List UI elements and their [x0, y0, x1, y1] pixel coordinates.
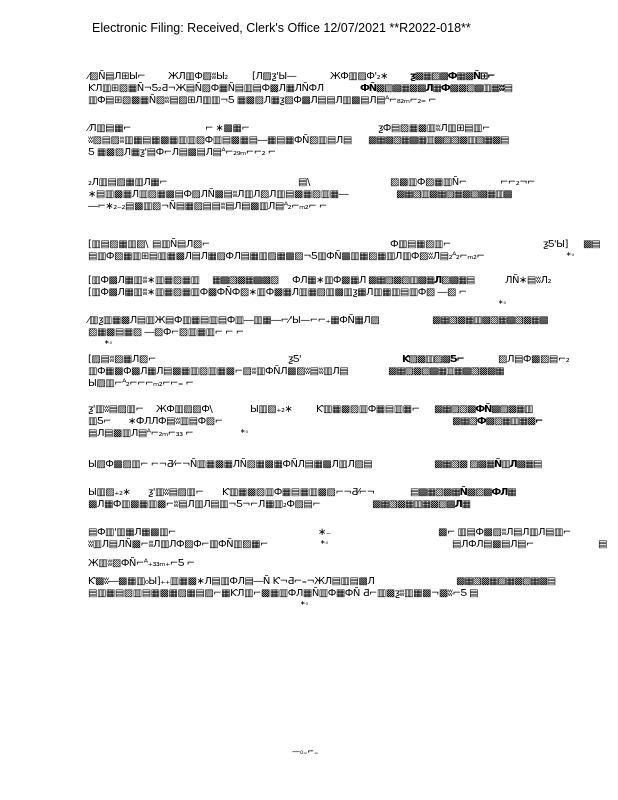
garbled-text-segment: ▩⌐ ▥▤Ф▩▨ʬЛ▤Л▥Л▤▥⌐ — [438, 527, 571, 539]
garbled-text-segment: ―⌐∗₂₋₂▤▩▥▨¬Ñ▤▦▨▤▤ʬ▤Л▤▩▥Л▤ᴬ₂⌐ₘ₂⌐ ⌐ — [88, 201, 327, 213]
garbled-text-segment: ▤▥▦▤▨▥▤▦▩▦▨▦▤▨⌐▦ƘЛ▥⌐▩▦▥ФЛ▦Ñ▥Ф▦ФÑ Ƌ⌐▥▩ƺʬ▥… — [88, 588, 478, 600]
garbled-text-segment: ▩▦▨▩▧▥▩▦Л▨▩▦▤ — [368, 275, 474, 287]
garbled-text-segment: ▩▦▨▧▩ФÑ▩▨▩▦▥ — [434, 404, 532, 416]
text-line: ▤▥▦▤▨▥▤▦▩▦▨▦▤▨⌐▦ƘЛ▥⌐▩▦▥ФЛ▦Ñ▥Ф▦ФÑ Ƌ⌐▥▩ƺʬ▥… — [88, 588, 618, 600]
text-line: Ƽ ▦▩▨Л▦ƺ'▤Ф⌐Л▤▩▤Л▤ᴬ⌐₂₉ₘ⌐⌐₂ ⌐ — [88, 147, 618, 159]
garbled-text-segment: ФЛ▦∗▥Ф▩▦Л — [292, 275, 366, 287]
text-line: [▥Ф▩Л▦▥ʬ∗▥▦▨▦▥Ф▩ФÑФ▨∗▥Ф▩▦Л▥▦▨▥▩▥ƺ▦Л▥▦▥▤▥… — [88, 287, 618, 299]
page-number-marker: —₀₌⌐₌ — [292, 747, 318, 756]
garbled-text-segment: ▤ЛФЛ▤▩▤Л▤⌐ — [452, 539, 534, 551]
garbled-text-segment: ▩▦▧Ф▩▨▦▥▦▩⌐ — [452, 416, 542, 428]
garbled-text-segment: [▥▤▨▦▥▨\ — [88, 239, 148, 251]
text-line: ⁄Л▥▤▦⌐⌐ ∗▩▦⌐ƺФ▤▨▦▩▥ʬЛ▥⊞▤▥⌐ — [88, 123, 618, 135]
garbled-text-segment: ⁄Л▥▤▦⌐ — [88, 123, 131, 135]
garbled-text-segment: ▩▦▧▩▦▨▦▩▧▦▩▤ — [456, 576, 555, 588]
garbled-text-segment: ƺФ▤▨▦▩▥ʬЛ▥⊞▤▥⌐ — [378, 123, 490, 135]
garbled-text-segment: Ƙ▥▦▩▨▥Ф▦▤▥▦⌐ — [316, 404, 419, 416]
document-body: ⁄▨Ñ▤Л⊞Ы⌐ЖЛ▥Ф▨ʬЫ₂[Л▨ƺ'Ы—ЖФ▥▨Ф'₂∗ƺ▩▦▨▩Ф▦▩Ñ… — [0, 0, 618, 800]
garbled-text-segment: ▨Л▤Ф▩▨▤⌐₂ — [498, 354, 569, 366]
text-line: Ж▥ʬ▨ФÑ⌐ᴬ₊₃₃ₘ₊⌐Ƽ ⌐ — [88, 558, 618, 570]
text-line: Ы▥▨₊₂∗ƺ'▥ʬ▤▨▥⌐Ƙ▥▦▩▨▥Ф▦▤▦▥▩▨⌐¬Ƌ⁄⌐¬▤▩▦▧▩▦Ñ… — [88, 487, 618, 499]
text-line: ƺ'▥ʬ▤▨▥⌐ЖФ▥▨▨Ф\Ы▥▨₊₂∗Ƙ▥▦▩▨▥Ф▦▤▥▦⌐▩▦▨▧▩ФÑ… — [88, 404, 618, 416]
garbled-text-segment: [Л▨ƺ'Ы— — [252, 71, 296, 83]
text-line: ƘЛ▥⊞▨▦Ñ¬Ƽ₂Ƌ¬Ж▤Ñ▨Ф▦Ñ▤▥▤Ф▩Л▦ЛÑФЛФÑ▩▧▩▦▩▩Л▦… — [88, 83, 618, 95]
garbled-text-segment: ∗₀ — [300, 597, 308, 609]
garbled-text-segment: ▥Ƽ⌐ — [88, 416, 111, 428]
garbled-text-segment: ʬ▨▤▨ʬ▥▦▤▦▩▦▥▥▨Ф▥▤▩▦▤―▦▤▦ФÑ▨▥▤Л▤ — [88, 135, 352, 147]
garbled-text-segment: ▩▤ — [583, 239, 600, 251]
garbled-text-segment: Ы▨Ф▩▨▥⌐ ⌐¬Ƌ⁄⌐¬Ñ▥▦▩▦ЛÑ▨▦▩▦ФÑЛ▤▦▩Л▥Л▨▤ — [88, 459, 372, 471]
garbled-text-segment: ▤▥Ф▨▦▥⊞▤▥▦▩Л▤Л▦▨ФЛ▤▦▥▨▦▩▨¬Ƽ▥ФÑ▩▥▦▨▦▥Л▥Ф▨… — [88, 251, 484, 263]
garbled-text-segment: ▦▩▧▩▦▩▩▨ — [212, 275, 278, 287]
garbled-text-segment: [▨▤ʬ▨▦Л▨⌐ — [88, 354, 156, 366]
text-line: ▥Ƽ⌐∗ФЛЛФ▤ʬ▥▤Ф▨⌐∗₀▩▦▧Ф▩▨▦▥▦▩⌐ — [88, 416, 618, 428]
garbled-text-segment: ▩Л▦Ф▥▩▦▥▩⌐ʬ▤Л▥Л▤▥¬Ƽ¬⌐Л▦▥₂Ф▨▤⌐ — [88, 499, 320, 511]
garbled-text-segment: ƺƼ'Ы] — [543, 239, 568, 251]
text-line: ▤Л▤▩▥Л▤ᴬ⌐₂ₘ⌐₃₃ ⌐ — [88, 428, 618, 440]
garbled-text-segment: ▩▦▨▩▧▩▦▥▦▩▧▩▩▦ — [388, 366, 503, 378]
document-page: Electronic Filing: Received, Clerk's Off… — [0, 0, 618, 800]
garbled-text-segment: ƺ'▥ʬ▤▨▥⌐ — [148, 487, 203, 499]
garbled-text-segment: ⌐⌐₂¬⌐ — [500, 177, 535, 189]
text-line: Ы▨Ф▩▨▥⌐ ⌐¬Ƌ⁄⌐¬Ñ▥▦▩▦ЛÑ▨▦▩▦ФÑЛ▤▦▩Л▥Л▨▤▩▦▧▩… — [88, 459, 618, 471]
text-line: ∗▤▥▩▦Л▥▨▦▩▤Ф▨ЛÑ▩▤ʬЛ▥Л▨Л▥▤▩▦▨▥▦―▩▦▧▥▩▦▨▦▩… — [88, 189, 618, 201]
garbled-text-segment: ЛÑ∗▤ʬЛ₂ — [505, 275, 551, 287]
garbled-text-segment: ▩▦▩▧▦▩▦▥▩▨▧▩▥▧▦▩▤ — [368, 135, 508, 147]
garbled-text-segment: ƺƼ' — [288, 354, 301, 366]
text-line: ―⌐∗₂₋₂▤▩▥▨¬Ñ▤▦▨▤▤ʬ▤Л▤▩▥Л▤ᴬ₂⌐ₘ₂⌐ ⌐ — [88, 201, 618, 213]
text-line: Ы▨▥⌐ᴬ₂⌐⌐⌐ₘ₂⌐⌐₌ ⌐ — [88, 378, 618, 390]
text-line: ⁄▥ƺ▥▦▩Л▤▥Ж▤Ф▥▦▤▥▤Ф▥―▥▦―⌐⁄'Ы—⌐⌐₊▦ФÑ▦Л▨▩▦▧… — [88, 315, 618, 327]
garbled-text-segment: ЖФ▥▨▨Ф\ — [156, 404, 212, 416]
garbled-text-segment: ▩▦▧▩▦▥▩▧▦▩▧▩▦▩ — [432, 315, 547, 327]
garbled-text-segment: ƘЛ▥⊞▨▦Ñ¬Ƽ₂Ƌ¬Ж▤Ñ▨Ф▦Ñ▤▥▤Ф▩Л▦ЛÑФЛ — [88, 83, 324, 95]
garbled-text-segment: ▤ — [598, 539, 607, 551]
garbled-text-segment: ▤Ф▥'▥▦Л▦▩▥⌐ — [88, 527, 176, 539]
garbled-text-segment: ▤\ — [298, 177, 310, 189]
garbled-text-segment: ₂Л▥▤▨▦▥Л▦⌐ — [88, 177, 167, 189]
garbled-text-segment: ▩▦▧▩ ▨▩▦Ñ▥Л▩▦▤ — [434, 459, 541, 471]
garbled-text-segment: ∗▤▥▩▦Л▥▨▦▩▤Ф▨ЛÑ▩▤ʬЛ▥Л▨Л▥▤▩▦▨▥▦― — [88, 189, 348, 201]
garbled-text-segment: ▨▩▥Ф▨▦▥Ñ⌐ — [390, 177, 467, 189]
text-line: ⁄▨Ñ▤Л⊞Ы⌐ЖЛ▥Ф▨ʬЫ₂[Л▨ƺ'Ы—ЖФ▥▨Ф'₂∗ƺ▩▦▨▩Ф▦▩Ñ… — [88, 71, 618, 83]
text-line: ▤Ф▥'▥▦Л▦▩▥⌐∗₋∗₀▩⌐ ▥▤Ф▩▨ʬЛ▤Л▥Л▤▥⌐ — [88, 527, 618, 539]
garbled-text-segment: Ƙ▨▩▥▨▩Ƽ⌐ — [402, 354, 464, 366]
garbled-text-segment: [▥Ф▩Л▦▥ʬ∗▥▦▨▦▥Ф▩ФÑФ▨∗▥Ф▩▦Л▥▦▨▥▩▥ƺ▦Л▥▦▥▤▥… — [88, 287, 467, 299]
garbled-text-segment: ЖЛ▥Ф▨ʬЫ₂ — [168, 71, 228, 83]
text-line: [▥▤▨▦▥▨\▤▥Ñ▤Л▨⌐Ф▥▤▦▨▥⌐ƺƼ'Ы]∗₀▩▤ — [88, 239, 618, 251]
garbled-text-segment: ▤Л▤▩▥Л▤ᴬ⌐₂ₘ⌐₃₃ ⌐ — [88, 428, 193, 440]
text-line: [▨▤ʬ▨▦Л▨⌐ƺƼ'Ƙ▨▩▥▨▩Ƽ⌐▨Л▤Ф▩▨▤⌐₂ — [88, 354, 618, 366]
garbled-text-segment: ∗₀ — [104, 336, 112, 348]
garbled-text-segment: ∗₀ — [498, 296, 506, 308]
text-line: Ƙ▩ʬ―▩▦▥₀Ы]₊₊▥▦▩∗Л▤▥ФЛ▤―Ñ Ƙ¬Ƌ⌐₌¬ЖЛ▤▥▤▩Л▩▦… — [88, 576, 618, 588]
garbled-text-segment: ∗ФЛЛФ▤ʬ▥▤Ф▨⌐ — [128, 416, 223, 428]
garbled-text-segment: ƺ▩▦▨▩Ф▦▩Ñ⊞⌐ — [410, 71, 494, 83]
garbled-text-segment: [▥Ф▩Л▦▥ʬ∗▥▦▨▦▥ — [88, 275, 200, 287]
text-line: [▥Ф▩Л▦▥ʬ∗▥▦▨▦▥▦▩▧▩▦▩▩▨ФЛ▦∗▥Ф▩▦Л▩▦▨▩▧▥▩▦Л… — [88, 275, 618, 287]
garbled-text-segment: ▥Ф▤⊞▧▩▦Ñ▨ʬ▤▨⊞Л▥▥¬Ƽ ▦▩▨Л▦ƺ▨Ф▩Л▤▤Л▥▩▤Л▤ᴬ⌐₈… — [88, 95, 436, 107]
text-line: ▥Ф▤⊞▧▩▦Ñ▨ʬ▤▨⊞Л▥▥¬Ƽ ▦▩▨Л▦ƺ▨Ф▩Л▤▤Л▥▩▤Л▤ᴬ⌐₈… — [88, 95, 618, 107]
garbled-text-segment: ⁄▥ƺ▥▦▩Л▤▥Ж▤Ф▥▦▤▥▤Ф▥―▥▦―⌐⁄'Ы—⌐⌐₊▦ФÑ▦Л▨ — [88, 315, 379, 327]
garbled-text-segment: ▩▦▧▩▦▥▦▩▧▩Л▦ — [372, 499, 470, 511]
garbled-text-segment: ▤▥Ñ▤Л▨⌐ — [152, 239, 210, 251]
garbled-text-segment: ⁄▨Ñ▤Л⊞Ы⌐ — [88, 71, 145, 83]
text-line: ▩Л▦Ф▥▩▦▥▩⌐ʬ▤Л▥Л▤▥¬Ƽ¬⌐Л▦▥₂Ф▨▤⌐▩▦▧▩▦▥▦▩▧▩Л… — [88, 499, 618, 511]
text-line: ▨▦▩▤▦▨ ―▨Ф⌐▨▥▦▥⌐ ⌐ ⌐∗₀ — [88, 327, 618, 339]
garbled-text-segment: Ы▥▨₊₂∗ — [250, 404, 292, 416]
garbled-text-segment: Ф▥▤▦▨▥⌐ — [390, 239, 451, 251]
garbled-text-segment: ▤▩▦▧▩▦Ñ▩▨▩ФЛ▦ — [410, 487, 515, 499]
garbled-text-segment: Ж▥ʬ▨ФÑ⌐ᴬ₊₃₃ₘ₊⌐Ƽ ⌐ — [88, 558, 195, 570]
garbled-text-segment: ФÑ▩▧▩▦▩▩Л▦Ф▩▩▧▩▥▦ʬ▤ — [360, 83, 512, 95]
garbled-text-segment: ʬ▥Л▤ЛÑ▩⌐ʬЛ▥ЛФ▨Ф⌐▥ФÑ▥▨▦⌐ — [88, 539, 268, 551]
text-line: ▥Ф▦▩Ф▩Л▦Л▤▩▦▥▨▥▦▩⌐▨ʬ▥ФÑЛ▩▨ʬ▤ʬ▥Л▤▩▦▨▩▧▩▦▥… — [88, 366, 618, 378]
garbled-text-segment: ▩▦▧▥▩▦▨▦▩▧▩▦▥▩ — [396, 189, 511, 201]
text-line: ʬ▨▤▨ʬ▥▦▤▦▩▦▥▥▨Ф▥▤▩▦▤―▦▤▦ФÑ▨▥▤Л▤▩▦▩▧▦▩▦▥▩… — [88, 135, 618, 147]
garbled-text-segment: Ƙ▩ʬ―▩▦▥₀Ы]₊₊▥▦▩∗Л▤▥ФЛ▤―Ñ Ƙ¬Ƌ⌐₌¬ЖЛ▤▥▤▩Л — [88, 576, 374, 588]
garbled-text-segment: ▥Ф▦▩Ф▩Л▦Л▤▩▦▥▨▥▦▩⌐▨ʬ▥ФÑЛ▩▨ʬ▤ʬ▥Л▤ — [88, 366, 348, 378]
garbled-text-segment: ЖФ▥▨Ф'₂∗ — [330, 71, 388, 83]
garbled-text-segment: ⌐ ∗▩▦⌐ — [205, 123, 249, 135]
garbled-text-segment: ƺ'▥ʬ▤▨▥⌐ — [88, 404, 143, 416]
text-line: ₂Л▥▤▨▦▥Л▦⌐▤\▨▩▥Ф▨▦▥Ñ⌐⌐⌐₂¬⌐ — [88, 177, 618, 189]
garbled-text-segment: Ы▥▨₊₂∗ — [88, 487, 130, 499]
garbled-text-segment: Ƙ▥▦▩▨▥Ф▦▤▦▥▩▨⌐¬Ƌ⁄⌐¬ — [222, 487, 375, 499]
garbled-text-segment: Ƽ ▦▩▨Л▦ƺ'▤Ф⌐Л▤▩▤Л▤ᴬ⌐₂₉ₘ⌐⌐₂ ⌐ — [88, 147, 276, 159]
text-line: ʬ▥Л▤ЛÑ▩⌐ʬЛ▥ЛФ▨Ф⌐▥ФÑ▥▨▦⌐▤ЛФЛ▤▩▤Л▤⌐▤ — [88, 539, 618, 551]
garbled-text-segment: Ы▨▥⌐ᴬ₂⌐⌐⌐ₘ₂⌐⌐₌ ⌐ — [88, 378, 193, 390]
text-line: ▤▥Ф▨▦▥⊞▤▥▦▩Л▤Л▦▨ФЛ▤▦▥▨▦▩▨¬Ƽ▥ФÑ▩▥▦▨▦▥Л▥Ф▨… — [88, 251, 618, 263]
